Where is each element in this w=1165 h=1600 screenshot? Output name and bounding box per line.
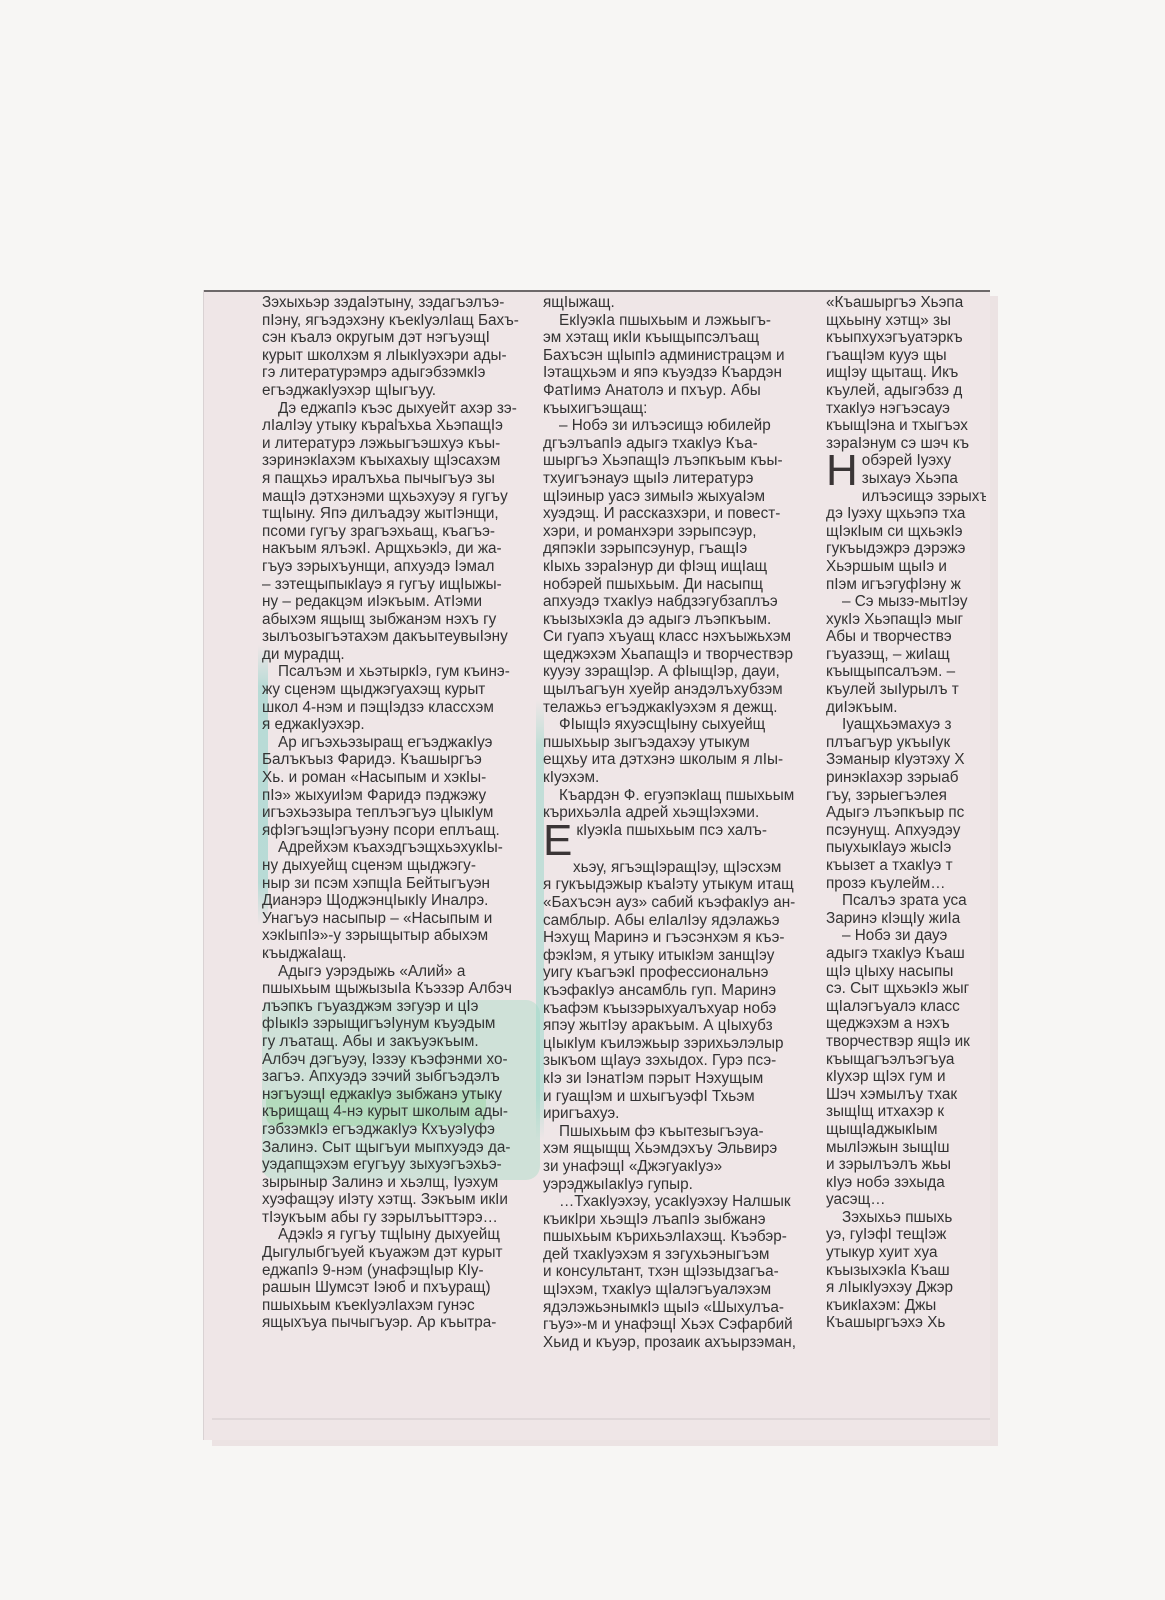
text-line: псоми гугъу зрагъэхьащ, къагъэ- <box>262 523 540 541</box>
text-line: цIыкIум къилэжьыр зэрихьэлэлыр <box>543 1035 821 1053</box>
text-line: ну дыхуейщ сценэм щыджэгу- <box>262 857 540 875</box>
text-line: кIыхь зэраIэнур ди фIэщ ищIащ <box>543 558 821 576</box>
text-line: шыргъэ ХьэпащIэ лъэпкъым къы- <box>543 452 821 470</box>
text-line: ринэкIахэр зэрыаб <box>826 769 986 787</box>
text-line: хэри, и романхэри зэрыпсэур, <box>543 523 821 541</box>
text-line: Хь. и роман «Насыпым и хэкIы- <box>262 769 540 787</box>
text-line: тщIыну. Япэ дилъадэу жытIэнщи, <box>262 505 540 523</box>
text-line: хукIэ ХьэпащIэ мыг <box>826 611 986 629</box>
text-line: Нобэрей Iуэху <box>826 452 986 470</box>
text-line: ящIыжащ. <box>543 294 821 312</box>
text-line: яфIэгъэщIэгъуэну псори еплъащ. <box>262 822 540 840</box>
text-line: гъу, зэрыегъэлея <box>826 787 986 805</box>
text-line: кууэу зэращIэр. А фIыщIэр, дауи, <box>543 663 821 681</box>
text-line: пшыхьым къекIуэлIахэм гунэс <box>262 1297 540 1315</box>
text-line: Дыгулыбгъуей къуажэм дэт курыт <box>262 1244 540 1262</box>
text-column-1: Зэхыхьэр зэдаIэтыну, зэдагъэлъэ-пIэну, я… <box>262 294 540 1332</box>
text-line: Балъкъыз Фаридэ. Къашыргъэ <box>262 751 540 769</box>
drop-cap-letter: Е <box>543 823 572 859</box>
text-line: загъэ. Апхуэдэ зэчий зыбгъэдэлъ <box>262 1068 540 1086</box>
text-line: Iэтащхьэм и япэ къуэдзэ Къардэн <box>543 364 821 382</box>
text-line: сэ. Сыт щхьэкIэ жыг <box>826 980 986 998</box>
text-line: Адыгэ лъэпкъыр пс <box>826 804 986 822</box>
text-line: лъэпкъ гъуазджэм зэгуэр и цIэ <box>262 998 540 1016</box>
text-line: уэрэджыIакIуэ гупыр. <box>543 1176 821 1194</box>
text-line: Къардэн Ф. егуэпэкIащ пшыхьым <box>543 787 821 805</box>
text-line: мащIэ дэтхэнэми щхьэхуэу я гугъу <box>262 488 540 506</box>
text-line: пIэ» жыхуиIэм Фаридэ пэджэжу <box>262 787 540 805</box>
text-line: Псалъэ зрата уса <box>826 892 986 910</box>
text-line: тхуигъэнауэ щыIэ литературэ <box>543 470 821 488</box>
text-line: дэ Iуэху щхьэпэ тха <box>826 505 986 523</box>
text-line: уасэщ… <box>826 1191 986 1209</box>
text-line: жу сценэм щыджэгуахэщ курыт <box>262 681 540 699</box>
text-line: Абы и творчествэ <box>826 628 986 646</box>
text-line: сэн къалэ округым дэт нэгъуэщI <box>262 329 540 347</box>
text-line: щеджэхэм а нэхъ <box>826 1015 986 1033</box>
text-line: ящыхъуа пычыгъуэр. Ар къытра- <box>262 1314 540 1332</box>
text-line: гъуэ»-м и унафэщI Хьэх Сэфарбий <box>543 1316 821 1334</box>
text-line: къафэм къызэрыхуалъхуар нобэ <box>543 1000 821 1018</box>
text-line: прозэ къулейм… <box>826 875 986 893</box>
text-line: щылъагъун хуейр анэдэлъхубзэм <box>543 681 821 699</box>
text-line: – Нобэ зи дауэ <box>826 927 986 945</box>
text-line: гъащIэм кууэ щы <box>826 347 986 365</box>
text-line: иригъахуэ. <box>543 1105 821 1123</box>
text-line: пыухыкIауэ жысIэ <box>826 839 986 857</box>
text-line: къызет а тхакIуэ т <box>826 857 986 875</box>
text-line: я гукъыдэжыр къаIэту утыкум итащ <box>543 876 821 894</box>
text-line: ещхьу ита дэтхэнэ школым я лIы- <box>543 751 821 769</box>
text-line: ди мурадщ. <box>262 646 540 664</box>
text-line: япэу жытIэу аракъым. А цIыхубз <box>543 1017 821 1035</box>
text-line: утыкур хуит хуа <box>826 1244 986 1262</box>
text-line: кIэ зи IэнатIэм пэрыт Нэхущым <box>543 1070 821 1088</box>
text-line: и зэрылъэлъ жьы <box>826 1156 986 1174</box>
text-line: тIэукъым абы гу зэрылъыттэрэ… <box>262 1209 540 1227</box>
text-line: егъэджакIуэхэр щIыгъуу. <box>262 382 540 400</box>
text-line: нэгъуэщI еджакIуэ зыбжанэ утыку <box>262 1086 540 1104</box>
text-line: и литературэ лэжьыгъэшхуэ къы- <box>262 435 540 453</box>
text-line: пIэм игъэгуфIэну ж <box>826 576 986 594</box>
text-line: ну – редакцэм иIэкъым. АтIэми <box>262 593 540 611</box>
text-line: Хьэршым щыIэ и <box>826 558 986 576</box>
text-line: и гуащIэм и шхыгъуэфI Тхьэм <box>543 1088 821 1106</box>
text-line: – Сэ мызэ-мытIэу <box>826 593 986 611</box>
text-line: ищIэу щытащ. Икъ <box>826 364 986 382</box>
text-line: лIалIэу утыку кърalъхьа ХьэпащIэ <box>262 417 540 435</box>
text-line: къыщIэна и тхыгъэх <box>826 417 986 435</box>
text-line: курыт школхэм я лIыкIуэхэри ады- <box>262 347 540 365</box>
text-line: псэунущ. Апхуэдэу <box>826 822 986 840</box>
text-line: …ТхакIуэхэу, усакIуэхэу Налшык <box>543 1193 821 1211</box>
text-line: къыщыпсалъэм. – <box>826 663 986 681</box>
text-line: зэринэкIахэм къыхахыу щIэсахэм <box>262 452 540 470</box>
text-line: телажьэ егъэджакIуэхэм я дежщ. <box>543 699 821 717</box>
text-line: къэфакIуэ ансамбль гуп. Маринэ <box>543 982 821 1000</box>
text-line: Къашыргъэхэ Хь <box>826 1314 986 1332</box>
text-line: тхакIуэ нэгъэсауэ <box>826 400 986 418</box>
paper-fold-line <box>212 1418 990 1420</box>
text-line: пшыхьыр зыгъэдахэу утыкум <box>543 734 821 752</box>
text-line: диIэкъым. <box>826 699 986 717</box>
text-line: Ар игъэхьэзыращ егъэджакIуэ <box>262 734 540 752</box>
text-line: хуэфащэу иIэту хэтщ. Зэкъым икIи <box>262 1191 540 1209</box>
text-line: кърищащ 4-нэ курыт школым ады- <box>262 1103 540 1121</box>
text-line: Шэч хэмылъу тхак <box>826 1086 986 1104</box>
text-line: школ 4-нэм и пэщIэдзэ классхэм <box>262 699 540 717</box>
text-column-3-cropped: «Къашыргъэ Хьэпащхьыну хэтщ» зыкъыпхухэг… <box>826 294 986 1332</box>
text-line: Хьид и къуэр, прозаик ахъырзэман, <box>543 1334 821 1352</box>
text-line: – Нобэ зи илъэсищэ юбилейр <box>543 417 821 435</box>
text-line: дяпэкIи зэрыпсэунур, гъащIэ <box>543 540 821 558</box>
text-line: нобэрей пшыхьым. Ди насыпщ <box>543 576 821 594</box>
text-line: щIэкIым си щхьэкIэ <box>826 523 986 541</box>
text-line: гэбзэмкIэ егъэджакIуэ КхъуэIуфэ <box>262 1121 540 1139</box>
text-line: щIалэгъуалэ класс <box>826 998 986 1016</box>
text-line: ядэлэжьэнымкIэ щыIэ «Шыхулъа- <box>543 1299 821 1317</box>
text-line: я еджакIуэхэр. <box>262 716 540 734</box>
text-line: къыджаIащ. <box>262 945 540 963</box>
text-line: зи унафэщI «ДжэгуакIуэ» <box>543 1158 821 1176</box>
text-line: къызыхэкIа Къаш <box>826 1262 986 1280</box>
text-line: зылъозыгъэтахэм дакъытеувыIэну <box>262 628 540 646</box>
text-line: ныр зи псэм хэпщIа Бейтыгъуэн <box>262 875 540 893</box>
text-line: Адрейхэм къахэдгъэщхьэхукIы- <box>262 839 540 857</box>
text-line: самблыр. Абы елIалIэу ядэлажьэ <box>543 912 821 930</box>
text-line: Пшыхьым фэ къытезыгъэуа- <box>543 1123 821 1141</box>
text-line: ЕкIуэкIа пшыхьым псэ халъ- <box>543 822 821 859</box>
text-line: – зэтещыпыкIауэ я гугъу ищIыжы- <box>262 576 540 594</box>
text-line: Албэч дэгъуэу, Iэзэу къэфэнми хо- <box>262 1051 540 1069</box>
text-line: къыпхухэгъуатэркъ <box>826 329 986 347</box>
text-line: плъагъур укъыIук <box>826 734 986 752</box>
text-line: я лIыкIуэхэу Джэр <box>826 1279 986 1297</box>
text-line: Унагъуэ насыпыр – «Насыпым и <box>262 910 540 928</box>
text-line: уэ, гуIэфI тещIэж <box>826 1226 986 1244</box>
text-line: кърихьэлIа адрей хьэщIэхэми. <box>543 804 821 822</box>
text-line: гукъыдэжрэ дэрэжэ <box>826 540 986 558</box>
text-line: «Бахъсэн ауз» сабий къэфакIуэ ан- <box>543 894 821 912</box>
text-line: гъуэ зэрыхъунщи, апхуэдэ Iэмал <box>262 558 540 576</box>
text-line: ЕкIуэкIа пшыхьым и лэжьыгъ- <box>543 312 821 330</box>
text-line: эм хэтащ икIи къыщыпсэлъащ <box>543 329 821 347</box>
text-line: ФатIимэ Анатолэ и пхъур. Абы <box>543 382 821 400</box>
text-line: ФIыщIэ яхуэсщIыну сыхуейщ <box>543 716 821 734</box>
text-line: къулей, адыгэбзэ д <box>826 382 986 400</box>
text-line: Залинэ. Сыт щыгъуи мыпхуэдэ да- <box>262 1139 540 1157</box>
text-line: гэ литературэмрэ адыгэбзэмкIэ <box>262 364 540 382</box>
text-line: уигу къагъэкI профессиональнэ <box>543 964 821 982</box>
text-line: рашын Шумсэт Iэюб и пхъуращ) <box>262 1279 540 1297</box>
text-line: Зэхыхьэ пшыхь <box>826 1209 986 1227</box>
text-line: Заринэ кIэщIу жиIа <box>826 910 986 928</box>
text-line-content: обэрей Iуэху <box>862 452 951 469</box>
text-line: щхьыну хэтщ» зы <box>826 312 986 330</box>
text-line: къызыхэкIа дэ адыгэ лъэпкъым. <box>543 611 821 629</box>
text-line: Нэхущ Маринэ и гъэсэнхэм я къэ- <box>543 929 821 947</box>
text-line: гу лъатащ. Абы и закъуэкъым. <box>262 1033 540 1051</box>
text-line: хэкIыпIэ»-у зэрыщытыр абыхэм <box>262 927 540 945</box>
text-line: къыхигъэщащ: <box>543 400 821 418</box>
text-line: щыщIаджыкIым <box>826 1121 986 1139</box>
text-line: Си гуапэ хъуащ класс нэхъыжьхэм <box>543 628 821 646</box>
text-line: хуэдэщ. И рассказхэри, и повест- <box>543 505 821 523</box>
text-line: еджапIэ 9-нэм (унафэщIыр КIу- <box>262 1262 540 1280</box>
text-line: Дэ еджапIэ къэс дыхуейт ахэр зэ- <box>262 400 540 418</box>
text-line: хэм ящыщщ Хьэмдэхъу Эльвирэ <box>543 1140 821 1158</box>
text-line: къулей зыIурылъ т <box>826 681 986 699</box>
text-line: къикIри хьэщIэ лъапIэ зыбжанэ <box>543 1211 821 1229</box>
text-line: кIуэхэм. <box>543 769 821 787</box>
text-line: творчествэр ящIэ ик <box>826 1033 986 1051</box>
text-line: пшыхьым щыжызыIа Къэзэр Албэч <box>262 980 540 998</box>
text-line: фэкIэм, я утыку итыкIэм занщIэу <box>543 947 821 965</box>
text-line: щIэхэм, тхакIуэ щIалэгъуалэхэм <box>543 1281 821 1299</box>
text-line: дгъэлъапIэ адыгэ тхакIуэ Къа- <box>543 435 821 453</box>
text-line: Адэкlэ я гугъу тщIыну дыхуейщ <box>262 1226 540 1244</box>
text-line: Псалъэм и хьэтыркIэ, гум къинэ- <box>262 663 540 681</box>
text-line: абыхэм ящыщ зыбжанэм нэхъ гу <box>262 611 540 629</box>
text-line: «Къашыргъэ Хьэпа <box>826 294 986 312</box>
text-line: накъым ялъэкI. Арщхьэкlэ, ди жа- <box>262 540 540 558</box>
text-line: адыгэ тхакIуэ Къаш <box>826 945 986 963</box>
text-line: кIухэр щIэх гум и <box>826 1068 986 1086</box>
text-line: Адыгэ уэрэдыжь «Алий» а <box>262 963 540 981</box>
text-line-content: кIуэкIа пшыхьым псэ халъ- <box>576 822 767 839</box>
text-line: хьэу, ягъэщIэращIэу, щIэсхэм <box>543 859 821 877</box>
text-line: Зэхыхьэр зэдаIэтыну, зэдагъэлъэ- <box>262 294 540 312</box>
text-column-2: ящIыжащ.ЕкIуэкIа пшыхьым и лэжьыгъ-эм хэ… <box>543 294 821 1351</box>
text-line: Iуащхьэмахуэ з <box>826 716 986 734</box>
text-line: пшыхьым кърихьэлIахэщ. Къэбэр- <box>543 1228 821 1246</box>
text-line: и консультант, тхэн щIэзыдзагъа- <box>543 1263 821 1281</box>
text-line: Бахъсэн щIыпIэ администрацэм и <box>543 347 821 365</box>
text-line: зыкъом щIауэ зэхыдох. Гурэ псэ- <box>543 1052 821 1070</box>
text-line: фIыкIэ зэрыщигъэIунум къуэдым <box>262 1015 540 1033</box>
text-line: игъэхьэзыра теплъэгъуэ цIыкIум <box>262 804 540 822</box>
text-line: къыщагъэлъэгъуа <box>826 1051 986 1069</box>
text-line: щIэиныр уасэ зимыIэ жыхуаIэм <box>543 488 821 506</box>
text-line: я пащхьэ иралъхьа пычыгъуэ зы <box>262 470 540 488</box>
text-line: дей тхакIуэхэм я зэгухьэныгъэм <box>543 1246 821 1264</box>
text-line: уэдапщэхэм егугъуу зыхуэгъэхьэ- <box>262 1156 540 1174</box>
text-line: зыщIщ итхахэр к <box>826 1103 986 1121</box>
drop-cap-letter: Н <box>826 453 858 489</box>
text-line: гъуазэщ, – жиIащ <box>826 646 986 664</box>
text-line: Зэманыр кIуэтэху Х <box>826 751 986 769</box>
text-line: мылIэжын зыщIш <box>826 1139 986 1157</box>
text-line: пIэну, ягъэдэхэну къекIуэлIащ Бахъ- <box>262 312 540 330</box>
text-line: къикIахэм: Джы <box>826 1297 986 1315</box>
text-line: апхуэдэ тхакIуэ набдзэгубзаплъэ <box>543 593 821 611</box>
text-line: зырыныр Залинэ и хьэлщ, Iуэхум <box>262 1174 540 1192</box>
text-line: Дианэрэ ЩоджэнцIыкIу Иналрэ. <box>262 892 540 910</box>
text-line: щIэ цIыху насыпы <box>826 963 986 981</box>
text-line: щеджэхэм ХьапащIэ и творчествэр <box>543 646 821 664</box>
text-line: кIуэ нобэ зэхыда <box>826 1174 986 1192</box>
